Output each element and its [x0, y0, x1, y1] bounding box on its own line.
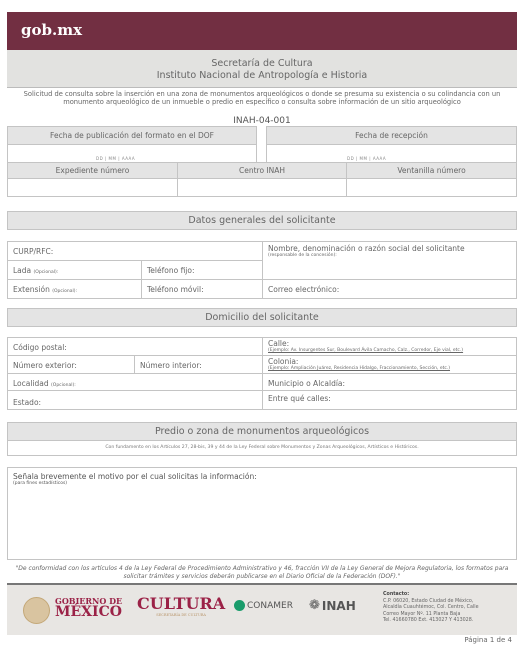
ventanilla-label: Ventanilla número: [347, 163, 517, 179]
date-hint: DD | MM | AAAA: [347, 156, 386, 161]
ext-number-label: Número exterior:: [13, 361, 77, 370]
mexico-emblem-icon: [23, 597, 50, 624]
address-table: Código postal: Calle: (Ejemplo: Av. Insu…: [7, 337, 517, 410]
curp-label: CURP/RFC:: [13, 247, 53, 256]
date-hint: DD | MM | AAAA: [96, 156, 135, 161]
centro-field[interactable]: [178, 179, 347, 197]
optional-tag: (Opcional):: [34, 270, 59, 275]
gobierno-mexico-logo: GOBIERNO DE MÉXICO: [55, 596, 122, 618]
between-streets-label: Entre qué calles:: [268, 394, 331, 403]
property-section-title: Predio o zona de monumentos arqueológico…: [8, 423, 516, 441]
extension-label: Extensión: [13, 285, 50, 294]
conamer-logo: CONAMER: [234, 600, 293, 611]
page-number: Página 1 de 4: [464, 636, 512, 644]
int-number-label: Número interior:: [140, 361, 202, 370]
form-code: INAH-04-001: [7, 116, 517, 126]
conamer-icon: [234, 600, 245, 611]
contact-block: Contacto: C.P. 06020, Estado Ciudad de M…: [383, 592, 479, 625]
reason-label: Señala brevemente el motivo por el cual …: [13, 472, 511, 481]
cultura-logo: CULTURA SECRETARÍA DE CULTURA: [137, 594, 225, 617]
publication-date-field[interactable]: DD | MM | AAAA: [8, 145, 256, 163]
top-bar: gob.mx: [7, 12, 517, 50]
curp-field[interactable]: CURP/RFC:: [8, 242, 263, 261]
expediente-field[interactable]: [8, 179, 178, 197]
applicant-section-title: Datos generales del solicitante: [7, 211, 517, 230]
phone-field[interactable]: Teléfono fijo:: [142, 261, 263, 280]
name-field[interactable]: Nombre, denominación o razón social del …: [263, 242, 517, 280]
mobile-field[interactable]: Teléfono móvil:: [142, 280, 263, 299]
between-streets-field[interactable]: Entre qué calles:: [263, 391, 517, 410]
zip-label: Código postal:: [13, 343, 67, 352]
contact-line: Tel. 41660780 Ext. 413027 Y 413028.: [383, 618, 479, 625]
contact-line: Alcaldía Cuauhtémoc, Col. Centro, Calle: [383, 605, 479, 612]
ventanilla-field[interactable]: [347, 179, 517, 197]
applicant-table: CURP/RFC: Nombre, denominación o razón s…: [7, 241, 517, 299]
conamer-text: CONAMER: [247, 601, 293, 611]
inah-logo: ❁ INAH: [309, 598, 356, 613]
ext-number-field[interactable]: Número exterior:: [8, 356, 135, 374]
state-label: Estado:: [13, 398, 41, 407]
admin-table: Expediente número Centro INAH Ventanilla…: [7, 162, 517, 197]
email-field[interactable]: Correo electrónico:: [263, 280, 517, 299]
street-example: (Ejemplo: Av. Insurgentes Sur, Boulevard…: [268, 348, 511, 353]
phone-label: Teléfono fijo:: [147, 266, 195, 275]
publication-date-box: Fecha de publicación del formato en el D…: [7, 126, 257, 164]
institution-line2: Instituto Nacional de Antropología e His…: [7, 70, 517, 82]
gobmx-logo[interactable]: gob.mx: [21, 21, 82, 39]
footer: GOBIERNO DE MÉXICO CULTURA SECRETARÍA DE…: [7, 583, 517, 635]
colonia-field[interactable]: Colonia: (Ejemplo: Ampliación Juárez, Re…: [263, 356, 517, 374]
publication-date-label: Fecha de publicación del formato en el D…: [8, 127, 256, 145]
lada-label: Lada: [13, 266, 31, 275]
email-label: Correo electrónico:: [268, 285, 339, 294]
street-field[interactable]: Calle: (Ejemplo: Av. Insurgentes Sur, Bo…: [263, 338, 517, 356]
inah-text: INAH: [322, 599, 356, 613]
optional-tag: (Opcional):: [52, 289, 77, 294]
gob-line2: MÉXICO: [55, 607, 122, 618]
lada-field[interactable]: Lada (Opcional):: [8, 261, 142, 280]
reason-field[interactable]: Señala brevemente el motivo por el cual …: [7, 467, 517, 560]
locality-field[interactable]: Localidad (Opcional):: [8, 374, 263, 391]
municipality-label: Municipio o Alcaldía:: [268, 379, 345, 388]
municipality-field[interactable]: Municipio o Alcaldía:: [263, 374, 517, 391]
property-section: Predio o zona de monumentos arqueológico…: [7, 422, 517, 456]
optional-tag: (Opcional):: [51, 383, 76, 388]
extension-field[interactable]: Extensión (Opcional):: [8, 280, 142, 299]
property-basis: Con fundamento en los Artículos 27, 28-b…: [8, 441, 516, 450]
locality-label: Localidad: [13, 379, 49, 388]
reason-note: (para fines estadísticos): [13, 481, 511, 486]
street-label: Calle:: [268, 339, 289, 348]
reception-date-label: Fecha de recepción: [267, 127, 516, 145]
legal-note: "De conformidad con los artículos 4 de l…: [7, 565, 517, 581]
form-description: Solicitud de consulta sobre la inserción…: [7, 90, 517, 106]
colonia-label: Colonia:: [268, 357, 298, 366]
name-label: Nombre, denominación o razón social del …: [268, 244, 465, 253]
institution-header: Secretaría de Cultura Instituto Nacional…: [7, 50, 517, 88]
expediente-label: Expediente número: [8, 163, 178, 179]
name-note: (responsable de la concesión):: [268, 253, 511, 258]
state-field[interactable]: Estado:: [8, 391, 263, 410]
colonia-example: (Ejemplo: Ampliación Juárez, Residencia …: [268, 366, 511, 371]
zip-field[interactable]: Código postal:: [8, 338, 263, 356]
reception-date-field[interactable]: DD | MM | AAAA: [267, 145, 516, 163]
inah-icon: ❁: [309, 598, 320, 613]
address-section-title: Domicilio del solicitante: [7, 308, 517, 327]
cultura-sub: SECRETARÍA DE CULTURA: [137, 613, 225, 617]
int-number-field[interactable]: Número interior:: [135, 356, 263, 374]
mobile-label: Teléfono móvil:: [147, 285, 204, 294]
institution-line1: Secretaría de Cultura: [7, 58, 517, 70]
centro-label: Centro INAH: [178, 163, 347, 179]
cultura-text: CULTURA: [137, 594, 225, 613]
reception-date-box: Fecha de recepción DD | MM | AAAA: [266, 126, 517, 164]
